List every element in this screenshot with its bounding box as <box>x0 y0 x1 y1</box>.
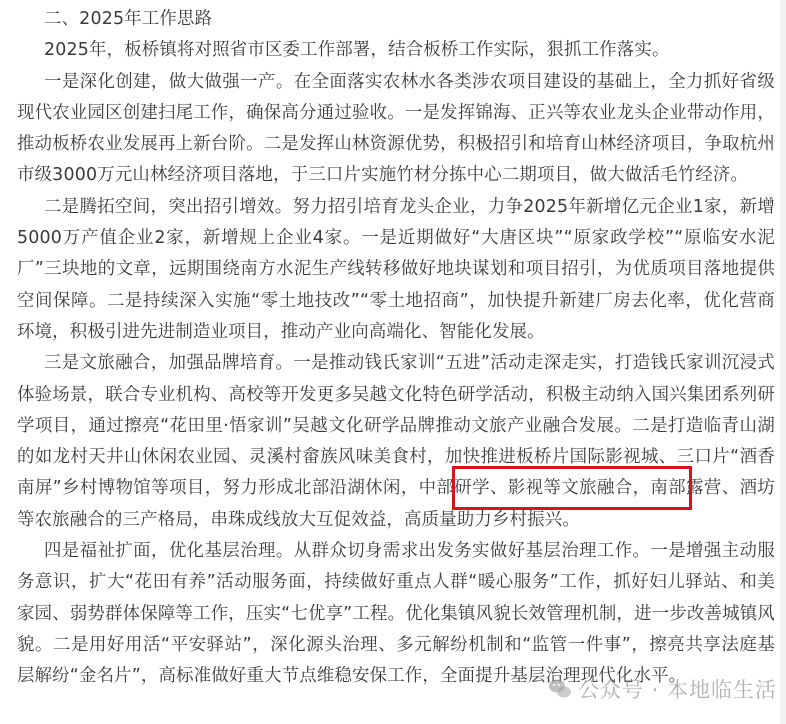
paragraph-intro: 2025年，板桥镇将对照省市区委工作部署，结合板桥工作实际，狠抓工作落实。 <box>17 35 775 66</box>
scrollbar-track[interactable] <box>780 0 786 724</box>
paragraph-governance: 四是福祉扩面，优化基层治理。从群众切身需求出发务实做好基层治理工作。一是增强主动… <box>17 536 775 692</box>
paragraph-investment: 二是腾拓空间，突出招引增效。努力招引培育龙头企业，力争2025年新增亿元企业1家… <box>17 192 775 348</box>
article-body: 二、2025年工作思路 2025年，板桥镇将对照省市区委工作部署，结合板桥工作实… <box>17 4 775 693</box>
paragraph-agriculture: 一是深化创建，做大做强一产。在全面落实农林水各类涉农项目建设的基础上，全力抓好省… <box>17 67 775 192</box>
section-heading: 二、2025年工作思路 <box>17 4 775 35</box>
paragraph-culture-tourism: 三是文旅融合，加强品牌培育。一是推动钱氏家训“五进”活动走深走实，打造钱氏家训沉… <box>17 348 775 536</box>
